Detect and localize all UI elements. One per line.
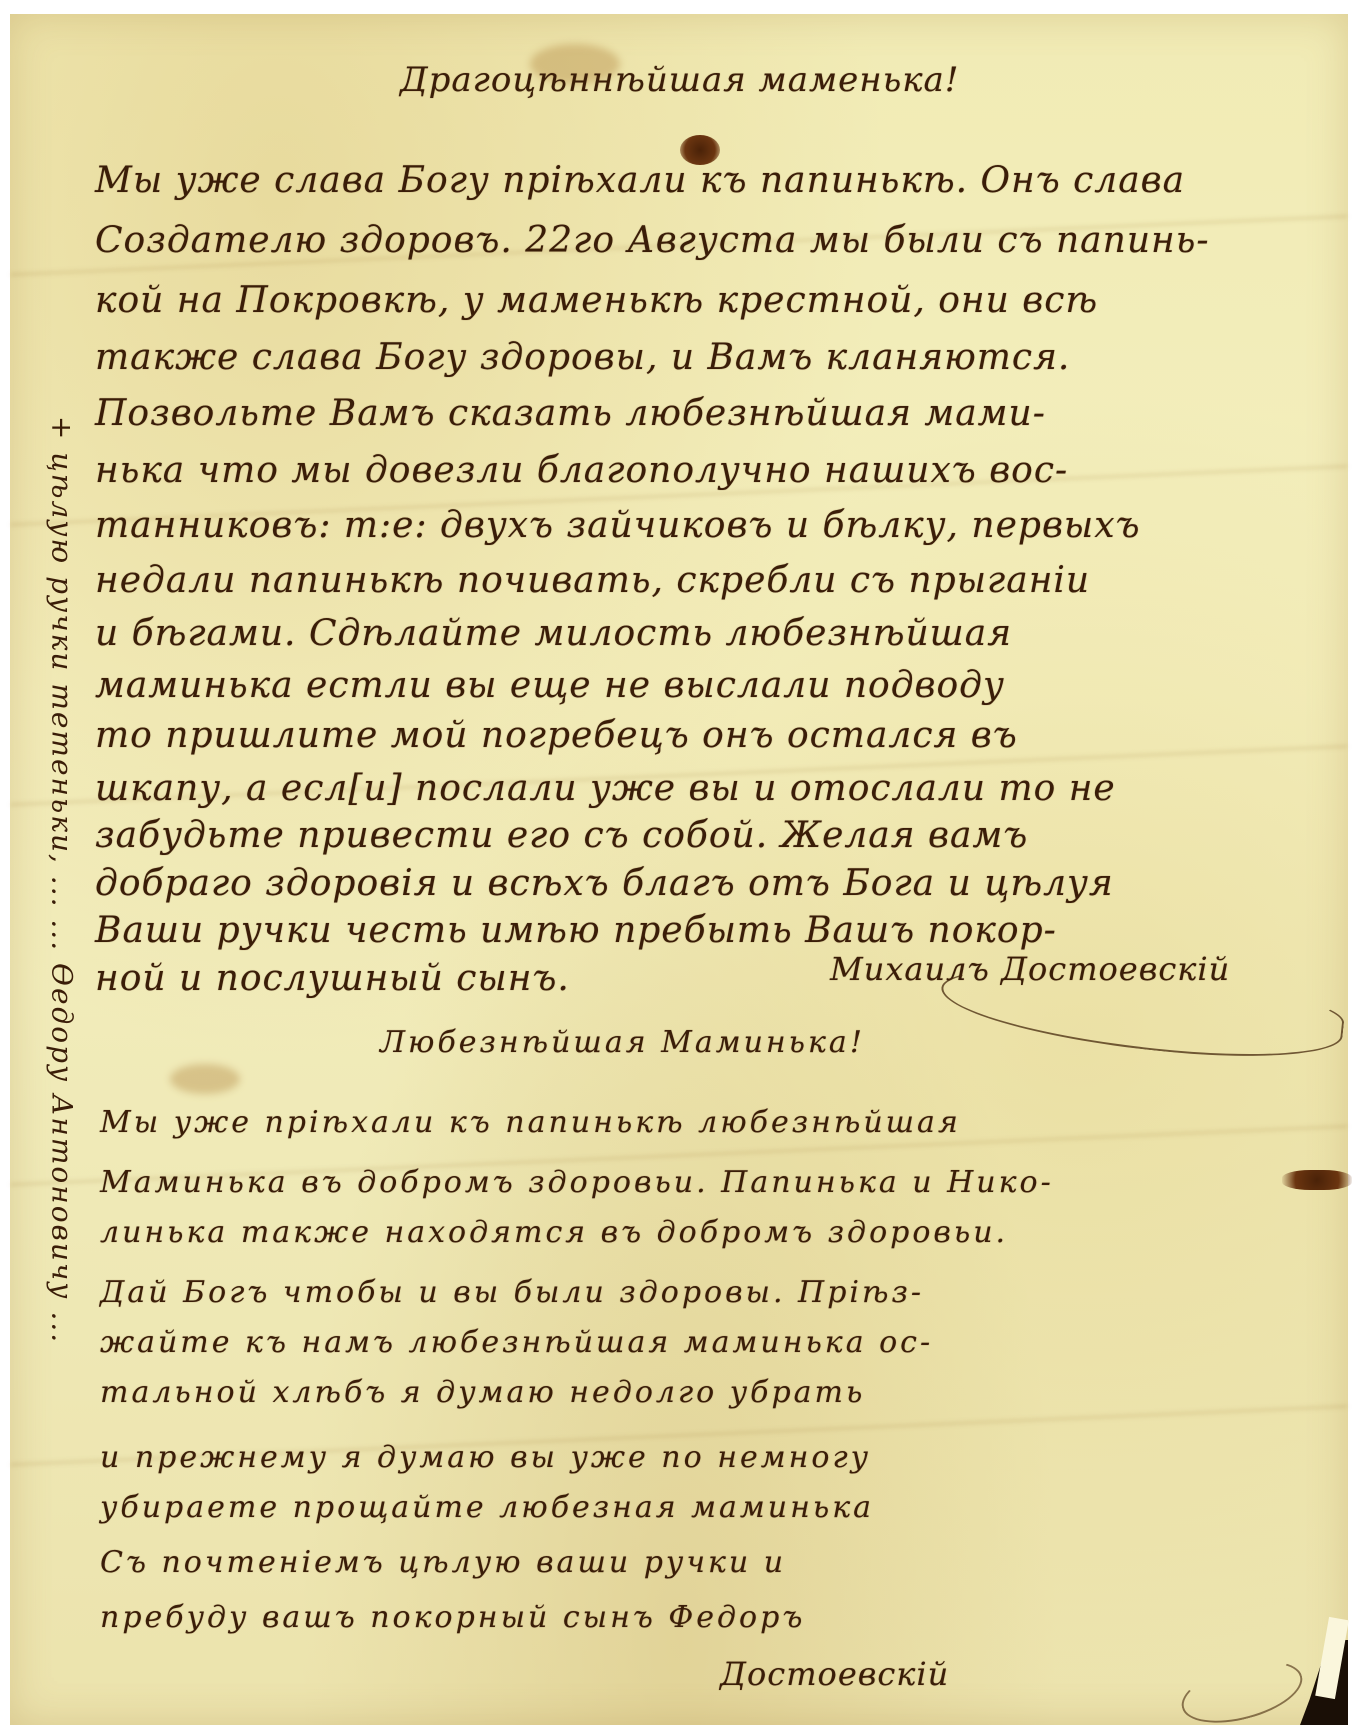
letter1-line: Создателю здоровъ. 22го Августа мы были …	[95, 220, 1209, 261]
letter1-line: также слава Богу здоровы, и Вамъ кланяют…	[95, 337, 1070, 378]
letter1-line: шкапу, а есл[и] послали уже вы и отослал…	[95, 768, 1116, 809]
salutation-2: Любезнѣйшая Маминька!	[380, 1025, 865, 1060]
letter2-line: линька также находятся въ добромъ здоров…	[100, 1215, 1008, 1250]
salutation-1: Драгоцѣннѣйшая маменька!	[400, 60, 959, 100]
letter1-line: недали папинькѣ почивать, скребли съ пры…	[95, 560, 1090, 601]
letter2-line: убираете прощайте любезная маминька	[100, 1490, 874, 1525]
letter2-line: жайте къ намъ любезнѣйшая маминька ос-	[100, 1325, 933, 1360]
letter2-line: и прежнему я думаю вы уже по немногу	[100, 1440, 871, 1475]
letter2-line: Съ почтеніемъ цѣлую ваши ручки и	[100, 1545, 786, 1580]
letter1-line: забудьте привести его съ собой. Желая ва…	[95, 815, 1028, 856]
letter1-line: Позвольте Вамъ сказать любезнѣйшая мами-	[95, 393, 1046, 434]
signature-fyodor: Достоевскій	[720, 1655, 949, 1693]
letter2-line: Маминька въ добромъ здоровьи. Папинька и…	[100, 1165, 1054, 1200]
margin-note: + цѣлую ручки тетеньки, ... ... Ѳедору А…	[46, 416, 79, 1344]
letter1-line: кой на Покровкѣ, у маменькѣ крестной, он…	[95, 280, 1098, 321]
letter2-line: пребуду вашъ покорный сынъ Федоръ	[100, 1600, 805, 1635]
letter1-line: ной и послушный сынъ.	[95, 958, 570, 999]
letter1-line: маминька естли вы еще не выслали подводу	[95, 665, 1005, 706]
letter2-line: тальной хлѣбъ я думаю недолго убрать	[100, 1375, 865, 1410]
letter1-line: Мы уже слава Богу пріѣхали къ папинькѣ. …	[95, 160, 1185, 201]
paper-stain	[170, 1064, 240, 1094]
letter1-line: то пришлите мой погребецъ онъ остался въ	[95, 715, 1018, 756]
letter2-line: Мы уже пріѣхали къ папинькѣ любезнѣйшая	[100, 1105, 961, 1140]
ink-smear	[1282, 1170, 1352, 1190]
letter1-line: нька что мы довезли благополучно нашихъ …	[95, 450, 1068, 491]
letter2-line: Дай Богъ чтобы и вы были здоровы. Пріѣз-	[100, 1275, 924, 1310]
letter1-line: и бѣгами. Сдѣлайте милость любезнѣйшая	[95, 613, 1012, 654]
letter1-line: Ваши ручки честь имѣю пребыть Вашъ покор…	[95, 910, 1057, 951]
letter1-line: танниковъ: т:е: двухъ зайчиковъ и бѣлку,…	[95, 505, 1141, 546]
letter1-line: добраго здоровія и всѣхъ благъ отъ Бога …	[95, 863, 1114, 904]
